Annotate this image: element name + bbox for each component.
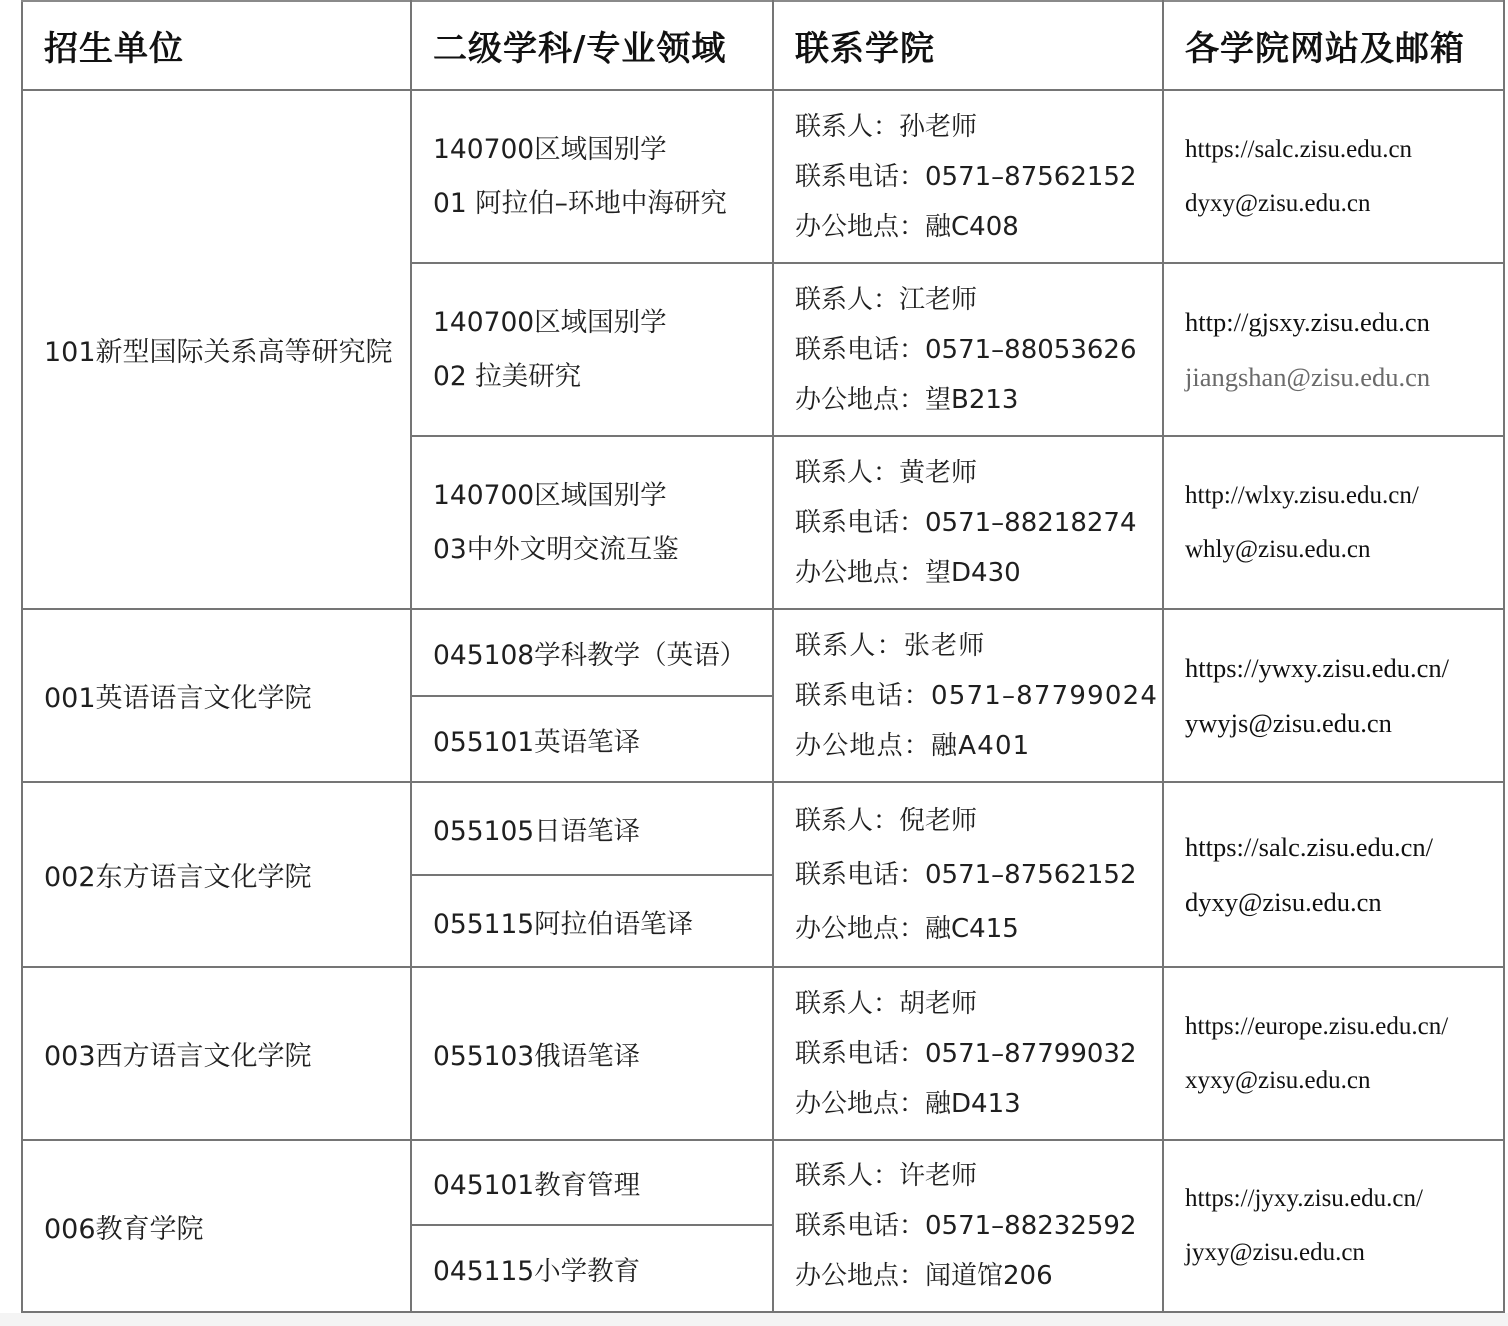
admission-unit-cell: 003西方语言文化学院: [22, 967, 411, 1140]
office-value: 望B213: [925, 385, 1018, 415]
office-line: 办公地点：闻道馆206: [795, 1251, 1162, 1301]
email-link[interactable]: dyxy@zisu.edu.cn: [1185, 177, 1503, 231]
office-label: 办公地点：: [795, 558, 925, 588]
major-cell: 045115小学教育: [411, 1225, 773, 1312]
contact-person-label: 联系人：: [795, 806, 899, 836]
phone-label: 联系电话：: [795, 1211, 925, 1241]
major-cell: 045108学科教学（英语）: [411, 609, 773, 696]
phone-value: 0571–88218274: [925, 508, 1137, 538]
phone-value: 0571–88232592: [925, 1211, 1137, 1241]
phone-value: 0571–87799032: [925, 1039, 1137, 1069]
contact-cell: 联系人：许老师 联系电话：0571–88232592 办公地点：闻道馆206: [773, 1140, 1163, 1312]
email-link[interactable]: jiangshan@zisu.edu.cn: [1185, 350, 1503, 405]
contact-person-value: 胡老师: [899, 989, 977, 1019]
email-link[interactable]: dyxy@zisu.edu.cn: [1185, 875, 1503, 930]
office-line: 办公地点：融D413: [795, 1079, 1162, 1129]
phone-value: 0571–87799024: [931, 681, 1158, 711]
table-row: 003西方语言文化学院 055103俄语笔译 联系人：胡老师 联系电话：0571…: [22, 967, 1504, 1140]
table-row: 006教育学院 045101教育管理 联系人：许老师 联系电话：0571–882…: [22, 1140, 1504, 1225]
major-code: 140700区域国别学: [433, 469, 772, 523]
website-link[interactable]: https://salc.zisu.edu.cn: [1185, 123, 1503, 177]
major-cell: 055115阿拉伯语笔译: [411, 875, 773, 967]
website-email-cell: https://salc.zisu.edu.cn/ dyxy@zisu.edu.…: [1163, 782, 1504, 967]
office-label: 办公地点：: [795, 1261, 925, 1291]
contact-person-label: 联系人：: [795, 989, 899, 1019]
table-row: 002东方语言文化学院 055105日语笔译 联系人：倪老师 联系电话：0571…: [22, 782, 1504, 875]
phone-line: 联系电话：0571–88218274: [795, 498, 1162, 548]
major-cell: 055101英语笔译: [411, 696, 773, 782]
office-value: 望D430: [925, 558, 1021, 588]
contact-person-line: 联系人：倪老师: [795, 794, 1162, 848]
contact-person-value: 倪老师: [899, 806, 977, 836]
contact-person-label: 联系人：: [795, 458, 899, 488]
contact-cell: 联系人：江老师 联系电话：0571–88053626 办公地点：望B213: [773, 263, 1163, 436]
phone-label: 联系电话：: [795, 860, 925, 890]
contact-cell: 联系人：胡老师 联系电话：0571–87799032 办公地点：融D413: [773, 967, 1163, 1140]
admission-unit-cell: 101新型国际关系高等研究院: [22, 90, 411, 609]
office-value: 融C408: [925, 212, 1019, 242]
phone-label: 联系电话：: [795, 1039, 925, 1069]
major-cell: 055105日语笔译: [411, 782, 773, 875]
table-row: 101新型国际关系高等研究院 140700区域国别学 01 阿拉伯–环地中海研究…: [22, 90, 1504, 263]
contact-person-line: 联系人：孙老师: [795, 102, 1162, 152]
admission-unit-cell: 001英语语言文化学院: [22, 609, 411, 782]
contact-cell: 联系人：张老师 联系电话：0571–87799024 办公地点：融A401: [773, 609, 1163, 782]
office-label: 办公地点：: [795, 914, 925, 944]
email-link[interactable]: xyxy@zisu.edu.cn: [1185, 1054, 1503, 1108]
office-value: 融C415: [925, 914, 1019, 944]
contact-person-line: 联系人：张老师: [795, 621, 1162, 671]
page-bottom-shade: [0, 1313, 1508, 1326]
office-line: 办公地点：融C408: [795, 202, 1162, 252]
contact-person-label: 联系人：: [795, 631, 904, 661]
major-direction: 03中外文明交流互鉴: [433, 523, 772, 577]
phone-line: 联系电话：0571–87562152: [795, 848, 1162, 902]
phone-line: 联系电话：0571–87562152: [795, 152, 1162, 202]
contact-person-value: 江老师: [899, 285, 977, 315]
email-link[interactable]: ywyjs@zisu.edu.cn: [1185, 696, 1503, 751]
office-label: 办公地点：: [795, 731, 931, 761]
phone-value: 0571–87562152: [925, 162, 1137, 192]
website-email-cell: http://gjsxy.zisu.edu.cn jiangshan@zisu.…: [1163, 263, 1504, 436]
contact-person-value: 孙老师: [899, 112, 977, 142]
contact-person-value: 许老师: [899, 1161, 977, 1191]
website-link[interactable]: https://jyxy.zisu.edu.cn/: [1185, 1172, 1503, 1226]
contact-person-line: 联系人：胡老师: [795, 979, 1162, 1029]
website-email-cell: https://salc.zisu.edu.cn dyxy@zisu.edu.c…: [1163, 90, 1504, 263]
contact-person-label: 联系人：: [795, 112, 899, 142]
major-cell: 140700区域国别学 01 阿拉伯–环地中海研究: [411, 90, 773, 263]
website-link[interactable]: http://gjsxy.zisu.edu.cn: [1185, 295, 1503, 350]
major-cell: 140700区域国别学 03中外文明交流互鉴: [411, 436, 773, 609]
website-email-cell: https://jyxy.zisu.edu.cn/ jyxy@zisu.edu.…: [1163, 1140, 1504, 1312]
header-admission-unit: 招生单位: [22, 1, 411, 90]
office-label: 办公地点：: [795, 1089, 925, 1119]
header-contact-college: 联系学院: [773, 1, 1163, 90]
email-link[interactable]: whly@zisu.edu.cn: [1185, 523, 1503, 577]
office-line: 办公地点：融C415: [795, 902, 1162, 956]
office-value: 融D413: [925, 1089, 1021, 1119]
phone-line: 联系电话：0571–88232592: [795, 1201, 1162, 1251]
contact-person-line: 联系人：江老师: [795, 275, 1162, 325]
website-email-cell: https://europe.zisu.edu.cn/ xyxy@zisu.ed…: [1163, 967, 1504, 1140]
office-value: 融A401: [931, 731, 1030, 761]
major-direction: 01 阿拉伯–环地中海研究: [433, 177, 772, 231]
phone-line: 联系电话：0571–87799024: [795, 671, 1162, 721]
major-code: 140700区域国别学: [433, 123, 772, 177]
contact-cell: 联系人：倪老师 联系电话：0571–87562152 办公地点：融C415: [773, 782, 1163, 967]
phone-label: 联系电话：: [795, 508, 925, 538]
contact-cell: 联系人：孙老师 联系电话：0571–87562152 办公地点：融C408: [773, 90, 1163, 263]
email-link[interactable]: jyxy@zisu.edu.cn: [1185, 1226, 1503, 1280]
document-page: 招生单位 二级学科/专业领域 联系学院 各学院网站及邮箱 101新型国际关系高等…: [0, 0, 1508, 1326]
major-cell: 055103俄语笔译: [411, 967, 773, 1140]
major-cell: 140700区域国别学 02 拉美研究: [411, 263, 773, 436]
website-email-cell: https://ywxy.zisu.edu.cn/ ywyjs@zisu.edu…: [1163, 609, 1504, 782]
header-major-field: 二级学科/专业领域: [411, 1, 773, 90]
phone-line: 联系电话：0571–88053626: [795, 325, 1162, 375]
contact-person-value: 黄老师: [899, 458, 977, 488]
office-line: 办公地点：望B213: [795, 375, 1162, 425]
admission-unit-cell: 002东方语言文化学院: [22, 782, 411, 967]
website-link[interactable]: https://ywxy.zisu.edu.cn/: [1185, 641, 1503, 696]
table-header-row: 招生单位 二级学科/专业领域 联系学院 各学院网站及邮箱: [22, 1, 1504, 90]
phone-label: 联系电话：: [795, 335, 925, 365]
phone-value: 0571–88053626: [925, 335, 1137, 365]
major-direction: 02 拉美研究: [433, 350, 772, 404]
website-link[interactable]: https://europe.zisu.edu.cn/: [1185, 1000, 1503, 1054]
contact-person-label: 联系人：: [795, 285, 899, 315]
contact-person-value: 张老师: [904, 631, 986, 661]
header-website-email: 各学院网站及邮箱: [1163, 1, 1504, 90]
admission-unit-cell: 006教育学院: [22, 1140, 411, 1312]
phone-value: 0571–87562152: [925, 860, 1137, 890]
office-line: 办公地点：望D430: [795, 548, 1162, 598]
office-label: 办公地点：: [795, 212, 925, 242]
phone-label: 联系电话：: [795, 681, 931, 711]
phone-label: 联系电话：: [795, 162, 925, 192]
website-email-cell: http://wlxy.zisu.edu.cn/ whly@zisu.edu.c…: [1163, 436, 1504, 609]
office-value: 闻道馆206: [925, 1261, 1053, 1291]
contact-person-line: 联系人：许老师: [795, 1151, 1162, 1201]
website-link[interactable]: http://wlxy.zisu.edu.cn/: [1185, 469, 1503, 523]
phone-line: 联系电话：0571–87799032: [795, 1029, 1162, 1079]
admissions-contact-table: 招生单位 二级学科/专业领域 联系学院 各学院网站及邮箱 101新型国际关系高等…: [21, 0, 1505, 1313]
major-cell: 045101教育管理: [411, 1140, 773, 1225]
contact-cell: 联系人：黄老师 联系电话：0571–88218274 办公地点：望D430: [773, 436, 1163, 609]
contact-person-label: 联系人：: [795, 1161, 899, 1191]
major-code: 140700区域国别学: [433, 296, 772, 350]
website-link[interactable]: https://salc.zisu.edu.cn/: [1185, 820, 1503, 875]
office-label: 办公地点：: [795, 385, 925, 415]
office-line: 办公地点：融A401: [795, 721, 1162, 771]
table-row: 001英语语言文化学院 045108学科教学（英语） 联系人：张老师 联系电话：…: [22, 609, 1504, 696]
contact-person-line: 联系人：黄老师: [795, 448, 1162, 498]
